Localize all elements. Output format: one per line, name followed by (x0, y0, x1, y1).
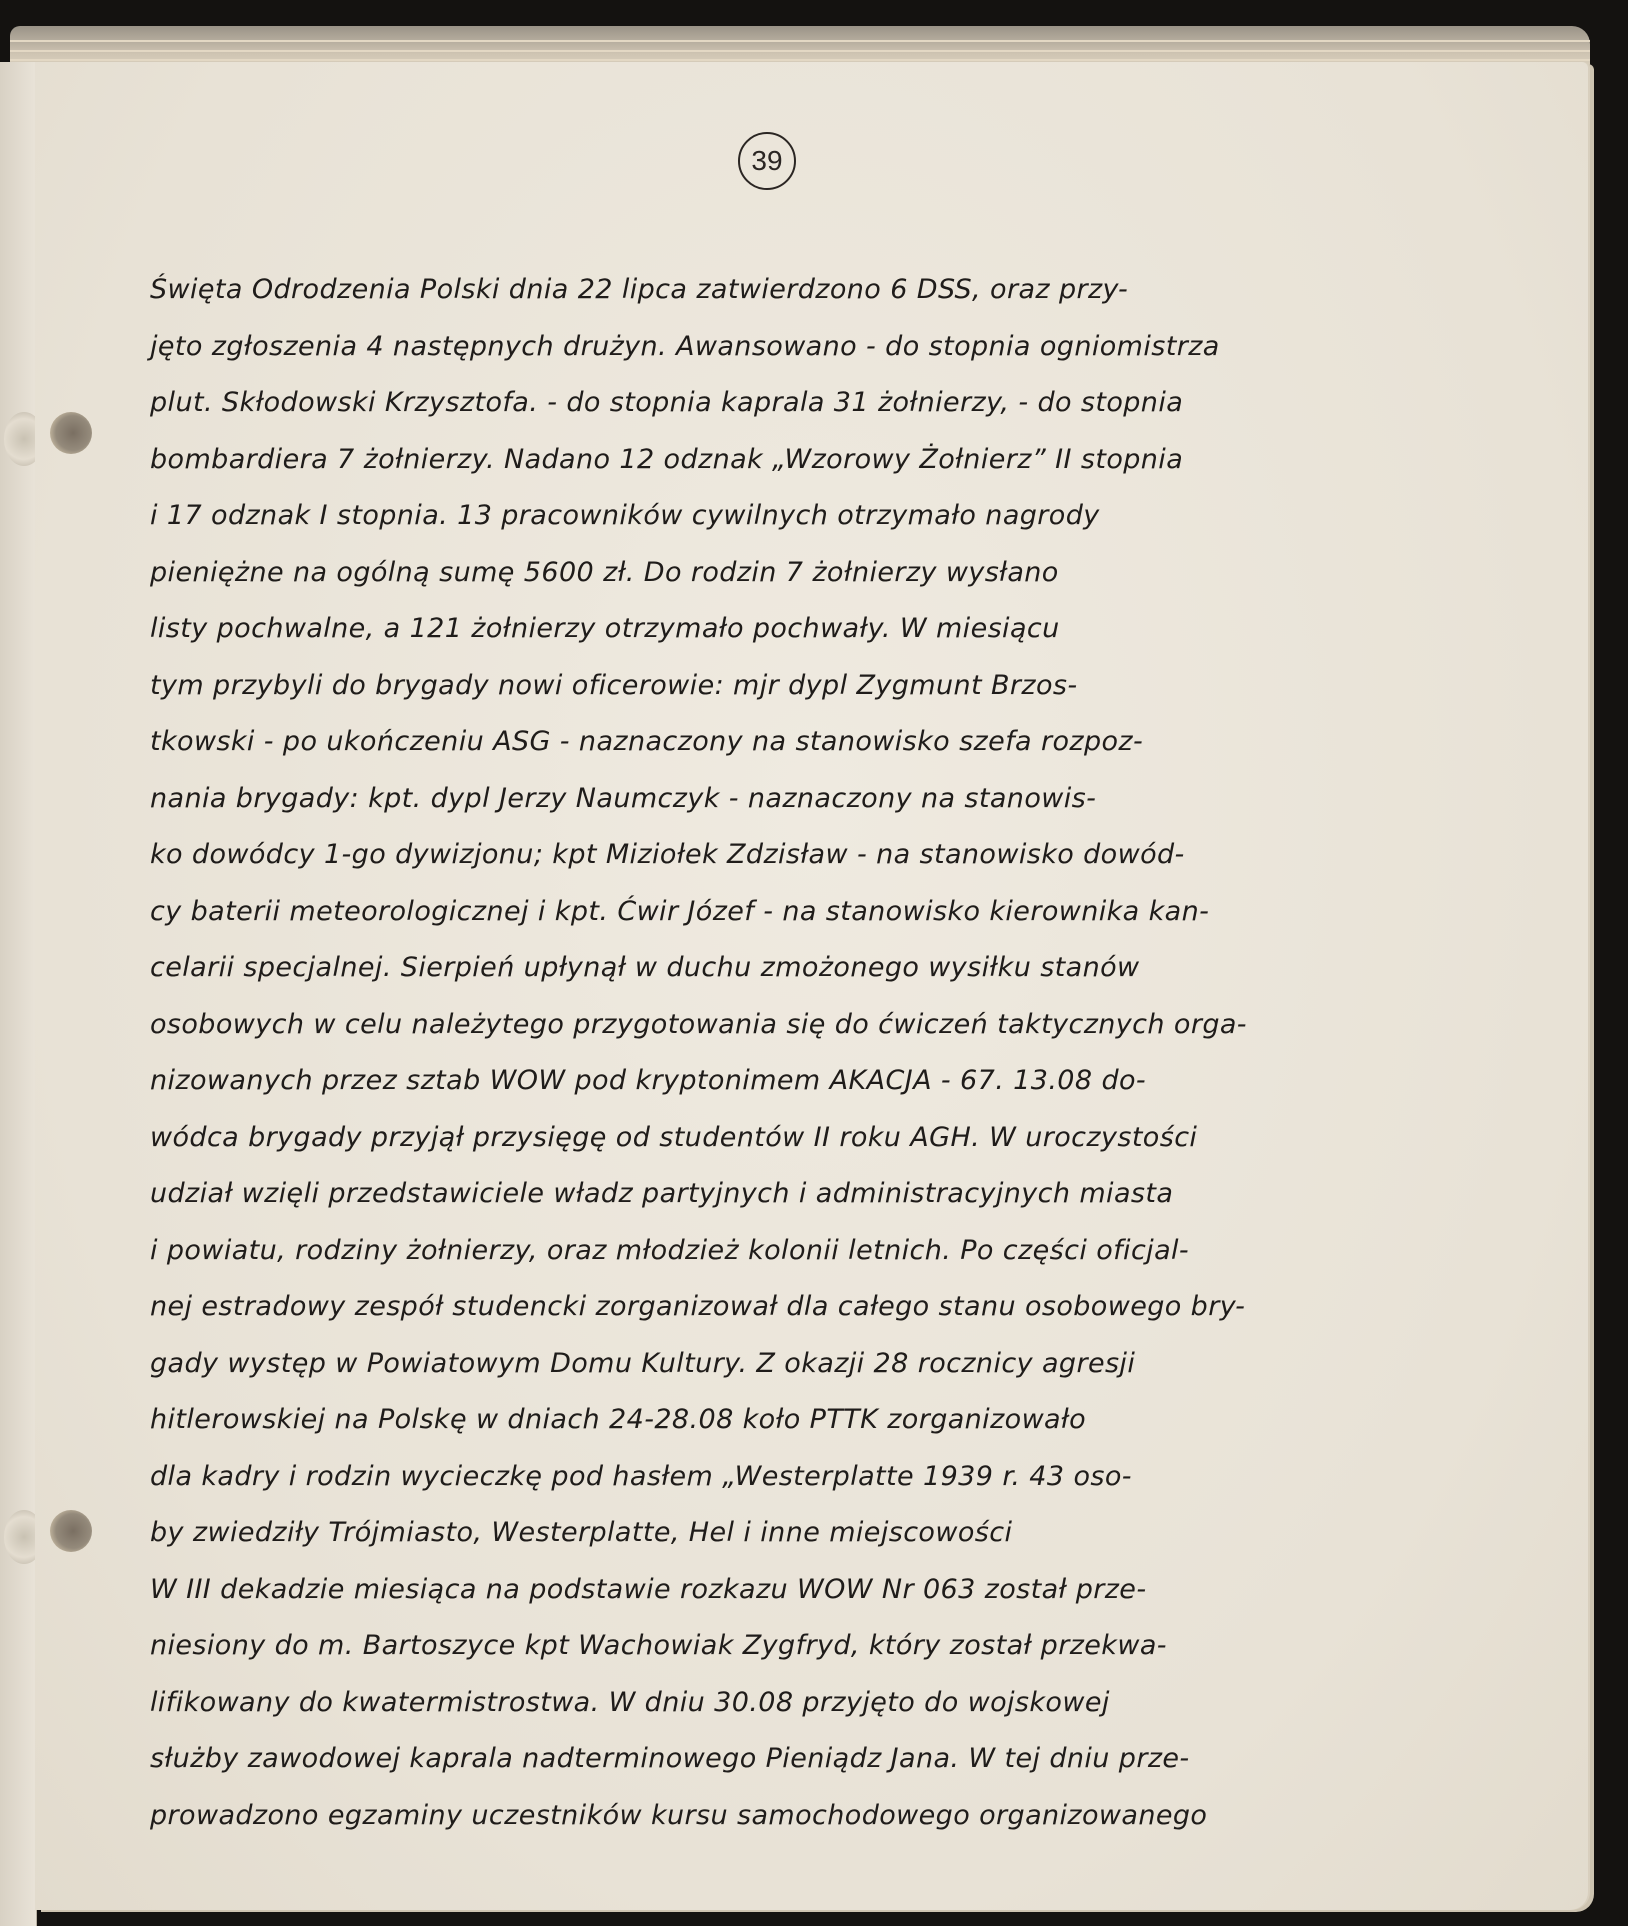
text-line: celarii specjalnej. Sierpień upłynął w d… (150, 940, 1440, 997)
text-line: cy baterii meteorologicznej i kpt. Ćwir … (150, 884, 1440, 941)
page-number-text: 39 (751, 145, 782, 177)
punch-hole-icon (50, 412, 92, 454)
text-line: nizowanych przez sztab WOW pod kryptonim… (150, 1053, 1440, 1110)
text-line: prowadzono egzaminy uczestników kursu sa… (150, 1788, 1440, 1845)
text-line: tkowski - po ukończeniu ASG - naznaczony… (150, 714, 1440, 771)
page-number: 39 (738, 132, 796, 190)
text-line: jęto zgłoszenia 4 następnych drużyn. Awa… (150, 319, 1440, 376)
text-line: listy pochwalne, a 121 żołnierzy otrzyma… (150, 601, 1440, 658)
handwritten-text: Święta Odrodzenia Polski dnia 22 lipca z… (150, 262, 1440, 1844)
text-line: by zwiedziły Trójmiasto, Westerplatte, H… (150, 1505, 1440, 1562)
text-line: i powiatu, rodziny żołnierzy, oraz młodz… (150, 1223, 1440, 1280)
text-line: gady występ w Powiatowym Domu Kultury. Z… (150, 1336, 1440, 1393)
text-line: lifikowany do kwatermistrostwa. W dniu 3… (150, 1675, 1440, 1732)
page-edge-line (10, 40, 1590, 42)
text-line: dla kadry i rodzin wycieczkę pod hasłem … (150, 1449, 1440, 1506)
text-line: służby zawodowej kaprala nadterminowego … (150, 1731, 1440, 1788)
text-line: tym przybyli do brygady nowi oficerowie:… (150, 658, 1440, 715)
page-stack-edge (10, 26, 1590, 66)
text-line: plut. Skłodowski Krzysztofa. - do stopni… (150, 375, 1440, 432)
text-line: pieniężne na ogólną sumę 5600 zł. Do rod… (150, 545, 1440, 602)
text-line: niesiony do m. Bartoszyce kpt Wachowiak … (150, 1618, 1440, 1675)
text-line: nania brygady: kpt. dypl Jerzy Naumczyk … (150, 771, 1440, 828)
text-line: Święta Odrodzenia Polski dnia 22 lipca z… (150, 262, 1440, 319)
page-edge-line (10, 59, 1590, 61)
text-line: udział wzięli przedstawiciele władz part… (150, 1166, 1440, 1223)
text-line: bombardiera 7 żołnierzy. Nadano 12 odzna… (150, 432, 1440, 489)
text-line: i 17 odznak I stopnia. 13 pracowników cy… (150, 488, 1440, 545)
text-line: nej estradowy zespół studencki zorganizo… (150, 1279, 1440, 1336)
text-line: wódca brygady przyjął przysięgę od stude… (150, 1110, 1440, 1167)
left-page-edge (0, 62, 37, 1926)
page-edge-line (10, 50, 1590, 52)
punch-hole-icon (50, 1510, 92, 1552)
text-line: hitlerowskiej na Polskę w dniach 24-28.0… (150, 1392, 1440, 1449)
text-line: W III dekadzie miesiąca na podstawie roz… (150, 1562, 1440, 1619)
text-line: osobowych w celu należytego przygotowani… (150, 997, 1440, 1054)
text-line: ko dowódcy 1-go dywizjonu; kpt Miziołek … (150, 827, 1440, 884)
